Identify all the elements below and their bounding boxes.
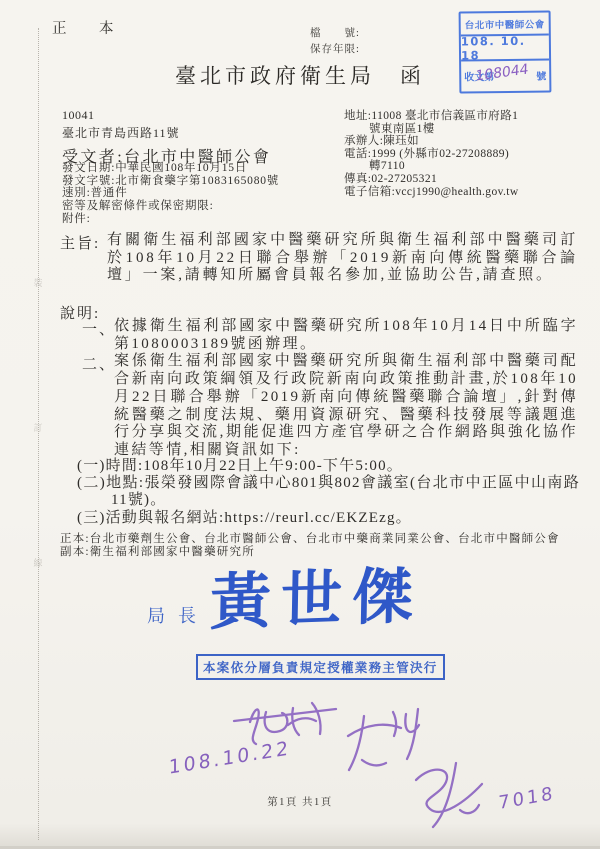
subject-text: 有關衛生福利部國家中醫藥研究所與衛生福利部中醫藥司訂於108年10月22日聯合舉… [107, 232, 578, 285]
delegation-authority-stamp: 本案依分層負責規定授權業務主管決行 [196, 654, 445, 680]
receipt-stamp: 台北市中醫師公會 108. 10. 18 收文第 108044 號 [459, 11, 552, 94]
issue-date-line: 發文日期:中華民國108年10月15日 [62, 162, 279, 175]
item-1-text: 依據衛生福利部國家中醫藥研究所108年10月14日中所臨字第1080003189… [114, 318, 578, 353]
subitem-time: (一)時間:108年10月22日上午9:00-下午5:00。 [77, 458, 580, 475]
signature-2-stroke [348, 725, 401, 736]
file-number-block: 檔 號: 保存年限: [310, 26, 360, 58]
recipient-street: 臺北市青島西路11號 [62, 124, 271, 141]
director-title: 局長 [147, 602, 209, 628]
subject-label: 主旨: [60, 232, 107, 285]
retention-period-label: 保存年限: [310, 42, 360, 58]
signature-2-stroke [349, 716, 364, 770]
recipient-block: 10041 臺北市青島西路11號 受文者:台北市中醫師公會 [62, 108, 271, 167]
copy-recipients-label: 副本: [60, 546, 90, 559]
copy-recipients-row: 副本: 衛生福利部國家中醫藥研究所 [60, 546, 580, 559]
primary-recipients-row: 正本: 台北市藥劑生公會、台北市醫師公會、台北市中藥商業同業公會、台北市中醫師公… [60, 533, 580, 546]
receipt-number-handwritten: 108044 [475, 61, 529, 84]
postal-code: 10041 [62, 108, 271, 123]
subject-section: 主旨: 有關衛生福利部國家中醫藥研究所與衛生福利部中醫藥司訂於108年10月22… [60, 232, 578, 285]
explanation-items: 一、 依據衛生福利部國家中醫藥研究所108年10月14日中所臨字第1080003… [82, 318, 578, 460]
contact-address-line1: 地址:11008 臺北市信義區市府路1 [344, 110, 519, 123]
signature-2-stroke [405, 709, 419, 759]
contact-address-line2: 號東南區1樓 [344, 123, 519, 136]
explanation-item-2: 二、 案係衛生福利部國家中醫藥研究所與衛生福利部中醫藥司配合新南向政策綱領及行政… [82, 353, 578, 459]
copy-type-label: 正 本 [52, 17, 123, 38]
contact-phone-line2: 轉7110 [344, 160, 519, 173]
contact-fax: 傳真:02-27205321 [344, 173, 519, 186]
contact-person: 承辦人:陳珏如 [344, 135, 519, 148]
receipt-number-suffix: 號 [536, 68, 546, 83]
copy-recipients-text: 衛生福利部國家中醫藥研究所 [90, 546, 580, 559]
binding-mark-ding: 訂 [31, 421, 45, 434]
scanned-official-letter: 裝 訂 線 正 本 檔 號: 保存年限: 臺北市政府衛生局 函 台北市中醫師公會… [0, 0, 600, 849]
page-number-footer: 第1頁 共1頁 [0, 794, 600, 809]
contact-email: 電子信箱:vccj1990@health.gov.tw [344, 186, 519, 199]
binding-mark-xian: 線 [31, 556, 45, 569]
binding-dotted-line [38, 28, 39, 840]
signature-2-stroke [362, 760, 386, 765]
explanation-subitems: (一)時間:108年10月22日上午9:00-下午5:00。 (二)地點:張榮發… [77, 458, 580, 527]
confidentiality-line: 密等及解密條件或保密期限: [62, 200, 279, 213]
issue-number-line: 發文字號:北市衛食藥字第1083165080號 [62, 175, 279, 188]
receipt-stamp-number-row: 收文第 108044 號 [461, 61, 549, 91]
speed-class-line: 速別:普通件 [62, 187, 279, 200]
item-1-marker: 一、 [82, 318, 114, 353]
explanation-item-1: 一、 依據衛生福利部國家中醫藥研究所108年10月14日中所臨字第1080003… [82, 318, 578, 353]
primary-recipients-label: 正本: [60, 533, 90, 546]
receipt-stamp-date: 108. 10. 18 [461, 36, 549, 62]
distribution-block: 正本: 台北市藥劑生公會、台北市醫師公會、台北市中藥商業同業公會、台北市中醫師公… [60, 533, 580, 559]
signature-2-stroke [393, 712, 396, 736]
attachment-line: 附件: [62, 213, 279, 226]
item-2-text: 案係衛生福利部國家中醫藥研究所與衛生福利部中醫藥司配合新南向政策綱領及行政院新南… [114, 353, 578, 459]
subitem-registration-url: (三)活動與報名網站:https://reurl.cc/EKZEzg。 [77, 510, 580, 527]
contact-phone-line1: 電話:1999 (外縣市02-27208889) [344, 148, 519, 161]
file-number-label: 檔 號: [310, 26, 360, 42]
signature-1-stroke [250, 709, 259, 744]
item-2-marker: 二、 [82, 353, 114, 459]
binding-mark-zhuang: 裝 [31, 276, 45, 289]
primary-recipients-text: 台北市藥劑生公會、台北市醫師公會、台北市中藥商業同業公會、台北市中醫師公會 [90, 533, 580, 546]
document-meta-block: 發文日期:中華民國108年10月15日 發文字號:北市衛食藥字第10831650… [62, 162, 279, 226]
contact-block: 地址:11008 臺北市信義區市府路1 號東南區1樓 承辦人:陳珏如 電話:19… [344, 110, 519, 198]
director-signature-name: 黃世傑 [210, 566, 424, 635]
subitem-location: (二)地點:張榮發國際會議中心801與802會議室(台北市中正區中山南路11號)… [77, 475, 580, 509]
